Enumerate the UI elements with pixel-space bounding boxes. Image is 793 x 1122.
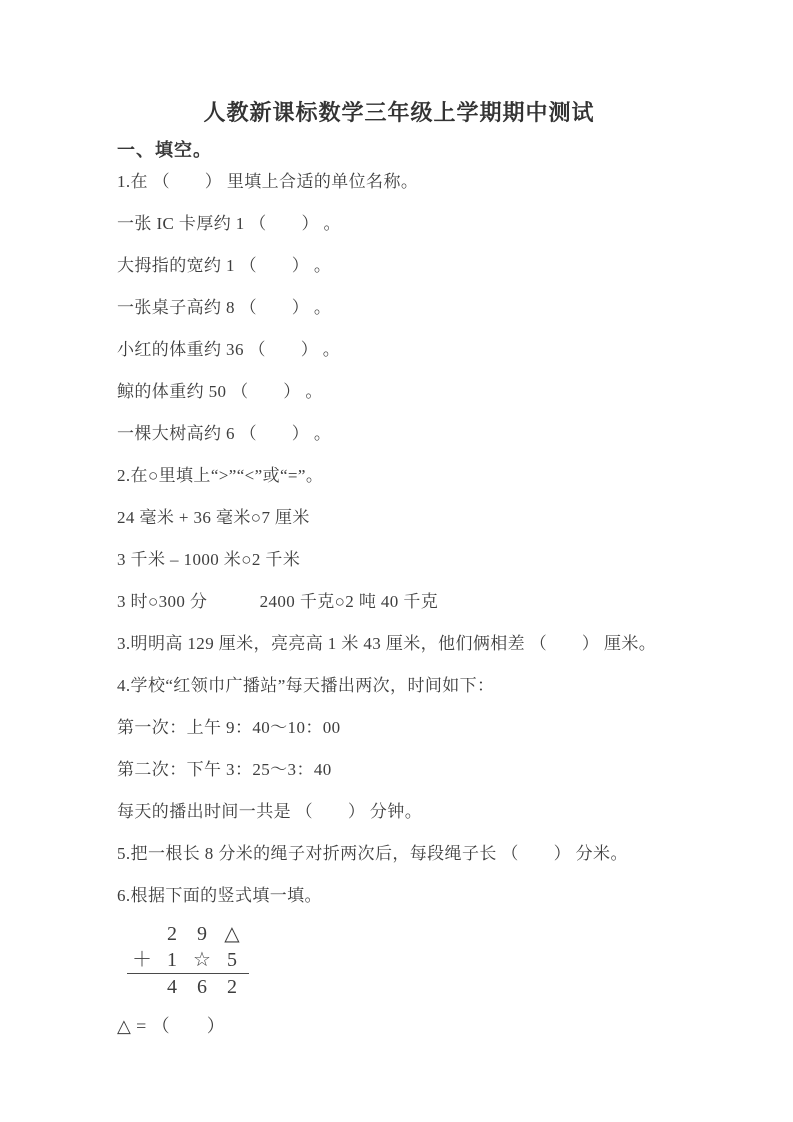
vform-addend1-row: 2 9 △ bbox=[127, 921, 249, 947]
question-3: 3.明明高 129 厘米，亮亮高 1 米 43 厘米，他们俩相差 （ ） 厘米。 bbox=[117, 635, 681, 653]
vform-addend2-ones: 5 bbox=[217, 947, 247, 973]
q2-item-kilometers: 3 千米 – 1000 米○2 千米 bbox=[117, 551, 681, 569]
vform-sum-tens: 6 bbox=[187, 974, 217, 1000]
vform-addend1-tens: 9 bbox=[187, 921, 217, 947]
question-5: 5.把一根长 8 分米的绳子对折两次后，每段绳子长 （ ） 分米。 bbox=[117, 845, 681, 863]
question-1-prompt: 1.在 （ ） 里填上合适的单位名称。 bbox=[117, 173, 681, 191]
document-page: 人教新课标数学三年级上学期期中测试 一、填空。 1.在 （ ） 里填上合适的单位… bbox=[0, 0, 793, 1122]
vform-addend2-hundreds: 1 bbox=[157, 947, 187, 973]
vform-spacer bbox=[127, 974, 157, 1000]
q4-total-time: 每天的播出时间一共是 （ ） 分钟。 bbox=[117, 803, 681, 821]
vform-spacer bbox=[127, 921, 157, 947]
q1-item-desk-height: 一张桌子高约 8 （ ） 。 bbox=[117, 299, 681, 317]
vform-addend2-row: ＋ 1 ☆ 5 bbox=[127, 947, 249, 973]
vform-sum-row: 4 6 2 bbox=[127, 973, 249, 1000]
q1-item-thumb-width: 大拇指的宽约 1 （ ） 。 bbox=[117, 257, 681, 275]
vertical-addition-form: 2 9 △ ＋ 1 ☆ 5 4 6 2 bbox=[127, 921, 249, 1000]
page-title: 人教新课标数学三年级上学期期中测试 bbox=[117, 98, 681, 128]
q6-answer-line: △ = （ ） bbox=[117, 1014, 681, 1038]
vform-addend1-hundreds: 2 bbox=[157, 921, 187, 947]
section-1-heading: 一、填空。 bbox=[117, 138, 681, 162]
q1-item-tree-height: 一棵大树高约 6 （ ） 。 bbox=[117, 425, 681, 443]
q4-second-broadcast-time: 第二次：下午 3：25～3：40 bbox=[117, 761, 681, 779]
vform-sum-hundreds: 4 bbox=[157, 974, 187, 1000]
vform-addend2-tens-star: ☆ bbox=[187, 947, 217, 973]
q2-item-time-and-mass: 3 时○300 分 2400 千克○2 吨 40 千克 bbox=[117, 593, 681, 611]
q2-item-millimeters: 24 毫米 + 36 毫米○7 厘米 bbox=[117, 509, 681, 527]
vform-sum-ones: 2 bbox=[217, 974, 247, 1000]
vform-addend1-ones-triangle: △ bbox=[217, 921, 247, 947]
question-4-prompt: 4.学校“红领巾广播站”每天播出两次，时间如下： bbox=[117, 677, 681, 695]
question-6-prompt: 6.根据下面的竖式填一填。 bbox=[117, 887, 681, 905]
q1-item-whale-weight: 鲸的体重约 50 （ ） 。 bbox=[117, 383, 681, 401]
q1-item-ic-card: 一张 IC 卡厚约 1 （ ） 。 bbox=[117, 215, 681, 233]
plus-operator: ＋ bbox=[127, 947, 157, 973]
question-2-prompt: 2.在○里填上“>”“<”或“=”。 bbox=[117, 467, 681, 485]
q4-first-broadcast-time: 第一次：上午 9：40～10：00 bbox=[117, 719, 681, 737]
q1-item-xiaohong-weight: 小红的体重约 36 （ ） 。 bbox=[117, 341, 681, 359]
